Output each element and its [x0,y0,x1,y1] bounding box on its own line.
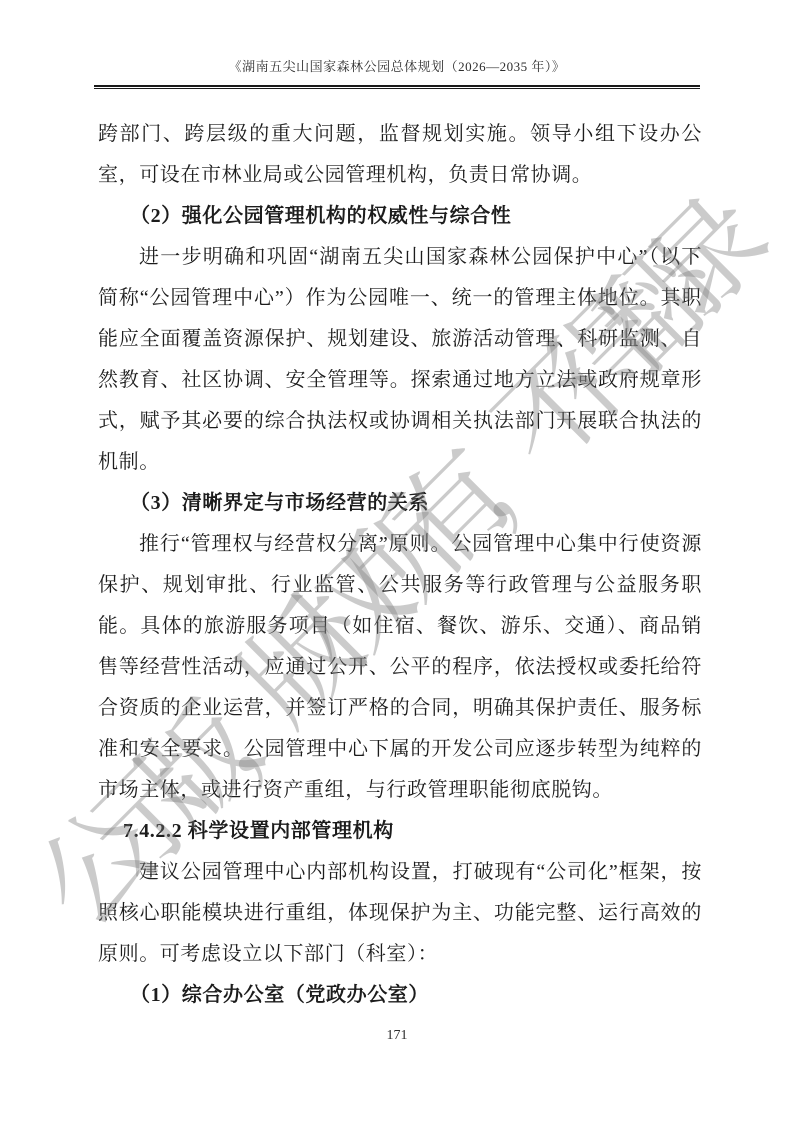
paragraph: 进一步明确和巩固“湖南五尖山国家森林公园保护中心”（以下简称“公园管理中心”）作… [98,237,702,483]
paragraph: 推行“管理权与经营权分离”原则。公园管理中心集中行使资源保护、规划审批、行业监管… [98,524,702,811]
document-page: 公示版，版权所有，不得翻录 《湖南五尖山国家森林公园总体规划（2026—2035… [0,0,794,1122]
document-body: 跨部门、跨层级的重大问题，监督规划实施。领导小组下设办公室，可设在市林业局或公园… [98,114,702,1016]
header-title: 《湖南五尖山国家森林公园总体规划（2026—2035 年）》 [0,56,794,75]
section-heading-1: （1）综合办公室（党政办公室） [98,975,702,1016]
paragraph: 建议公园管理中心内部机构设置，打破现有“公司化”框架，按照核心职能模块进行重组，… [98,852,702,975]
paragraph-continuation: 跨部门、跨层级的重大问题，监督规划实施。领导小组下设办公室，可设在市林业局或公园… [98,114,702,196]
section-heading-2: （2）强化公园管理机构的权威性与综合性 [98,196,702,237]
header-divider [94,85,700,89]
section-heading-3: （3）清晰界定与市场经营的关系 [98,483,702,524]
page-number: 171 [0,1028,794,1044]
section-heading-7-4-2-2: 7.4.2.2 科学设置内部管理机构 [98,811,702,852]
